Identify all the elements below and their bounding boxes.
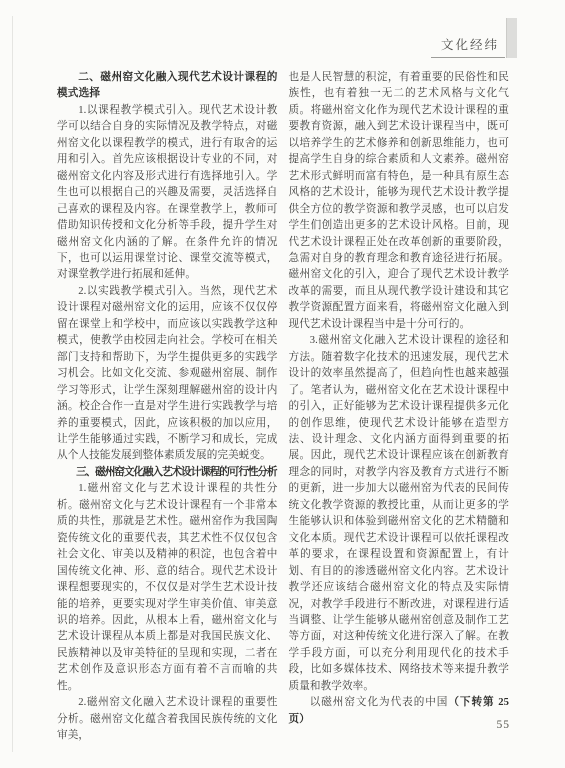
paragraph: 1.以课程教学模式引入。现代艺术设计教学可以结合自身的实际情况及教学特点，对磁州… [57, 103, 278, 284]
paragraph: 3.磁州窑文化融入艺术设计课程的途径和方法。随着数字化技术的迅速发展，现代艺术设… [289, 333, 510, 695]
paragraph-text: 2.以实践教学模式引入。当然，现代艺术设计课程对磁州窑文化的运用，应该不仅仅停留… [57, 286, 278, 462]
section-heading: 三、磁州窑文化融入艺术设计课程的可行性分析 [57, 465, 278, 481]
paragraph-text: 1.以课程教学模式引入。现代艺术设计教学可以结合自身的实际情况及教学特点，对磁州… [57, 105, 278, 281]
page-edge-scan-line [12, 16, 13, 752]
paragraph: 也是人民智慧的积淀，有着重要的民俗性和民族性，也有着独一无二的艺术风格与文化气质… [289, 70, 510, 333]
text-column-left: 二、磁州窑文化融入现代艺术设计课程的模式选择1.以课程教学模式引入。现代艺术设计… [57, 70, 278, 745]
article-body: 二、磁州窑文化融入现代艺术设计课程的模式选择1.以课程教学模式引入。现代艺术设计… [57, 70, 509, 745]
journal-section-label: 文化经纬 [441, 38, 499, 52]
paragraph-text: 1.磁州窑文化与艺术设计课程的共性分析。磁州窑文化与艺术设计课程有一个非常本质的… [57, 483, 278, 691]
page-number: 55 [497, 719, 511, 731]
paragraph: 以磁州窑文化为代表的中国（下转第 25 页） [289, 695, 510, 728]
paragraph-text: 2.磁州窑文化融入艺术设计课程的重要性分析。磁州窑文化蕴含着我国民族传统的文化审… [57, 697, 278, 741]
paragraph-text: 以磁州窑文化为代表的中国 [310, 697, 449, 708]
paragraph: 2.以实践教学模式引入。当然，现代艺术设计课程对磁州窑文化的运用，应该不仅仅停留… [57, 284, 278, 465]
paragraph-text: 也是人民智慧的积淀，有着重要的民俗性和民族性，也有着独一无二的艺术风格与文化气质… [289, 72, 510, 330]
text-column-right: 也是人民智慧的积淀，有着重要的民俗性和民族性，也有着独一无二的艺术风格与文化气质… [289, 70, 510, 745]
running-head: 文化经纬 [431, 18, 517, 58]
paragraph-text: 二、磁州窑文化融入现代艺术设计课程的模式选择 [57, 72, 278, 99]
paragraph-text: 3.磁州窑文化融入艺术设计课程的途径和方法。随着数字化技术的迅速发展，现代艺术设… [289, 335, 510, 692]
paragraph: 2.磁州窑文化融入艺术设计课程的重要性分析。磁州窑文化蕴含着我国民族传统的文化审… [57, 695, 278, 744]
section-heading: 二、磁州窑文化融入现代艺术设计课程的模式选择 [57, 70, 278, 103]
running-head-rule: 文化经纬 [431, 35, 505, 58]
paragraph: 1.磁州窑文化与艺术设计课程的共性分析。磁州窑文化与艺术设计课程有一个非常本质的… [57, 481, 278, 695]
header-tab-bar [506, 18, 517, 58]
paragraph-text: 三、磁州窑文化融入艺术设计课程的可行性分析 [76, 467, 276, 478]
